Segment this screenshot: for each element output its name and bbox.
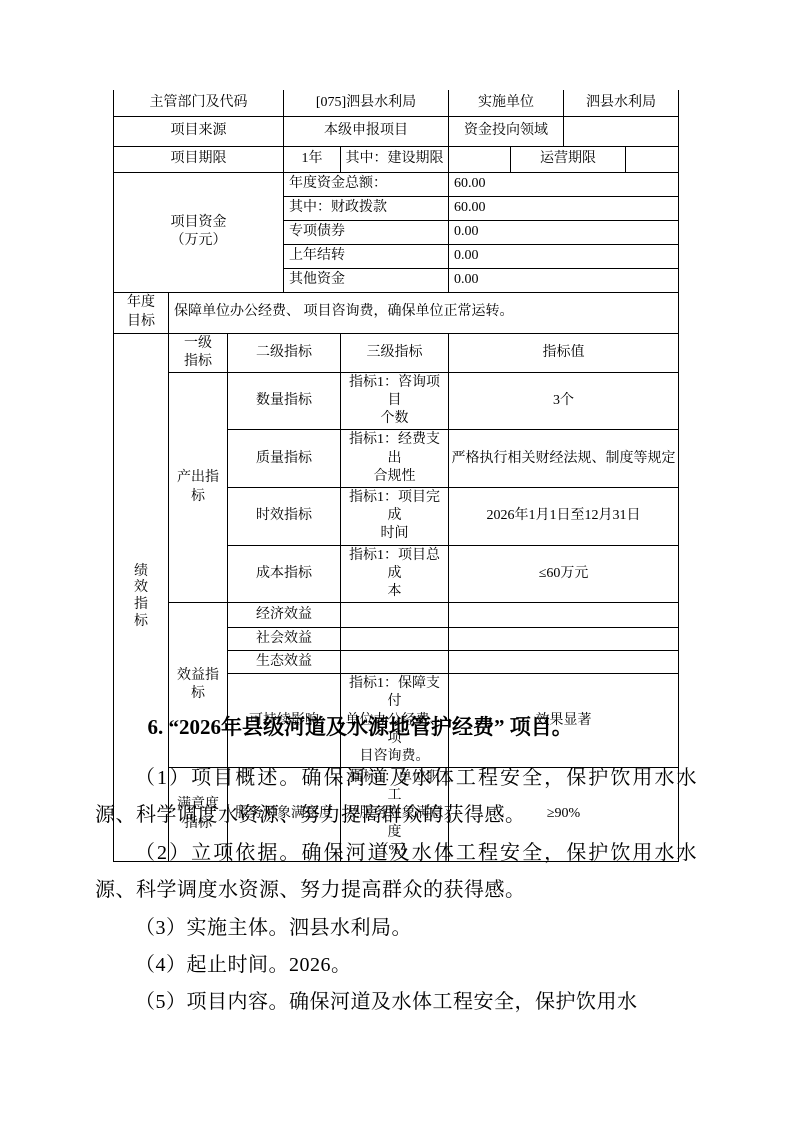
- cell-indicator-level2: 成本指标: [228, 545, 341, 603]
- body-text-section: 6. “2026年县级河道及水源地管护经费” 项目。 （1）项目概述。确保河道及…: [95, 706, 697, 1022]
- cell-operate-period-label: 运营期限: [511, 146, 626, 172]
- cell-annual-goal-label: 年度 目标: [114, 292, 169, 333]
- table-row: 项目来源 本级申报项目 资金投向领域: [114, 116, 679, 146]
- cell-indicator-level2: 时效指标: [228, 488, 341, 546]
- table-row: 年度 目标 保障单位办公经费、 项目咨询费，确保单位正常运转。: [114, 292, 679, 333]
- cell-indicator-value: 严格执行相关财经法规、制度等规定: [449, 430, 679, 488]
- cell-indicator-value: [449, 651, 679, 674]
- cell-header-level1: 一级 指标: [169, 333, 228, 372]
- cell-dept-label: 主管部门及代码: [114, 90, 284, 116]
- cell-operate-period-value: [626, 146, 679, 172]
- cell-indicator-value: 2026年1月1日至12月31日: [449, 488, 679, 546]
- cell-indicator-level3: 指标1：项目总成 本: [341, 545, 449, 603]
- paragraph-project-basis: （2）立项依据。确保河道及水体工程安全，保护饮用水水源、科学调度水资源、努力提高…: [95, 835, 697, 910]
- cell-indicator-level2: 质量指标: [228, 430, 341, 488]
- cell-funding-name: 年度资金总额：: [284, 172, 449, 196]
- cell-indicator-level3: 指标1：经费支出 合规性: [341, 430, 449, 488]
- cell-header-level2: 二级指标: [228, 333, 341, 372]
- cell-indicator-value: [449, 628, 679, 651]
- table-row: 主管部门及代码 [075]泗县水利局 实施单位 泗县水利局: [114, 90, 679, 116]
- cell-header-level3: 三级指标: [341, 333, 449, 372]
- cell-funding-value: 0.00: [449, 220, 679, 244]
- cell-indicator-level3: [341, 628, 449, 651]
- cell-fund-field-label: 资金投向领域: [449, 116, 564, 146]
- table-row: 项目资金 （万元） 年度资金总额： 60.00: [114, 172, 679, 196]
- cell-indicator-level3: [341, 603, 449, 628]
- cell-period-duration: 1年: [284, 146, 341, 172]
- cell-indicator-level2: 生态效益: [228, 651, 341, 674]
- cell-indicator-value: 3个: [449, 372, 679, 430]
- cell-funding-value: 0.00: [449, 244, 679, 268]
- cell-funding-name: 其他资金: [284, 268, 449, 292]
- cell-source-value: 本级申报项目: [284, 116, 449, 146]
- cell-header-value: 指标值: [449, 333, 679, 372]
- table-row: 效益指 标 经济效益: [114, 603, 679, 628]
- cell-period-label: 项目期限: [114, 146, 284, 172]
- cell-indicator-level2: 数量指标: [228, 372, 341, 430]
- section-heading: 6. “2026年县级河道及水源地管护经费” 项目。: [95, 706, 697, 748]
- table-row: 产出指 标 数量指标 指标1：咨询项目 个数 3个: [114, 372, 679, 430]
- cell-funding-value: 60.00: [449, 196, 679, 220]
- cell-funding-name: 其中：财政拨款: [284, 196, 449, 220]
- cell-indicator-level3: [341, 651, 449, 674]
- cell-funding-label: 项目资金 （万元）: [114, 172, 284, 292]
- table-row: 项目期限 1年 其中：建设期限 运营期限: [114, 146, 679, 172]
- cell-indicator-level3: 指标1：项目完成 时间: [341, 488, 449, 546]
- cell-impl-unit-label: 实施单位: [449, 90, 564, 116]
- cell-indicator-level2: 经济效益: [228, 603, 341, 628]
- paragraph-project-content: （5）项目内容。确保河道及水体工程安全，保护饮用水: [95, 984, 697, 1021]
- paragraph-project-overview: （1）项目概述。确保河道及水体工程安全，保护饮用水水源、科学调度水资源、努力提高…: [95, 760, 697, 835]
- cell-funding-name: 上年结转: [284, 244, 449, 268]
- cell-funding-name: 专项债券: [284, 220, 449, 244]
- cell-build-period-value: [449, 146, 511, 172]
- table-row: 绩 效 指 标 一级 指标 二级指标 三级指标 指标值: [114, 333, 679, 372]
- paragraph-time-range: （4）起止时间。2026。: [95, 947, 697, 984]
- cell-build-period-label: 其中：建设期限: [341, 146, 449, 172]
- cell-impl-unit-value: 泗县水利局: [564, 90, 679, 116]
- cell-annual-goal-text: 保障单位办公经费、 项目咨询费，确保单位正常运转。: [169, 292, 679, 333]
- cell-indicator-value: [449, 603, 679, 628]
- paragraph-implementing-body: （3）实施主体。泗县水利局。: [95, 910, 697, 947]
- cell-fund-field-value: [564, 116, 679, 146]
- cell-indicator-level2: 社会效益: [228, 628, 341, 651]
- cell-indicator-level3: 指标1：咨询项目 个数: [341, 372, 449, 430]
- cell-source-label: 项目来源: [114, 116, 284, 146]
- document-page: { "table": { "info": { "row1": { "label1…: [0, 0, 793, 1122]
- cell-funding-value: 60.00: [449, 172, 679, 196]
- cell-indicator-value: ≤60万元: [449, 545, 679, 603]
- cell-dept-value: [075]泗县水利局: [284, 90, 449, 116]
- cell-funding-value: 0.00: [449, 268, 679, 292]
- cell-output-group-label: 产出指 标: [169, 372, 228, 602]
